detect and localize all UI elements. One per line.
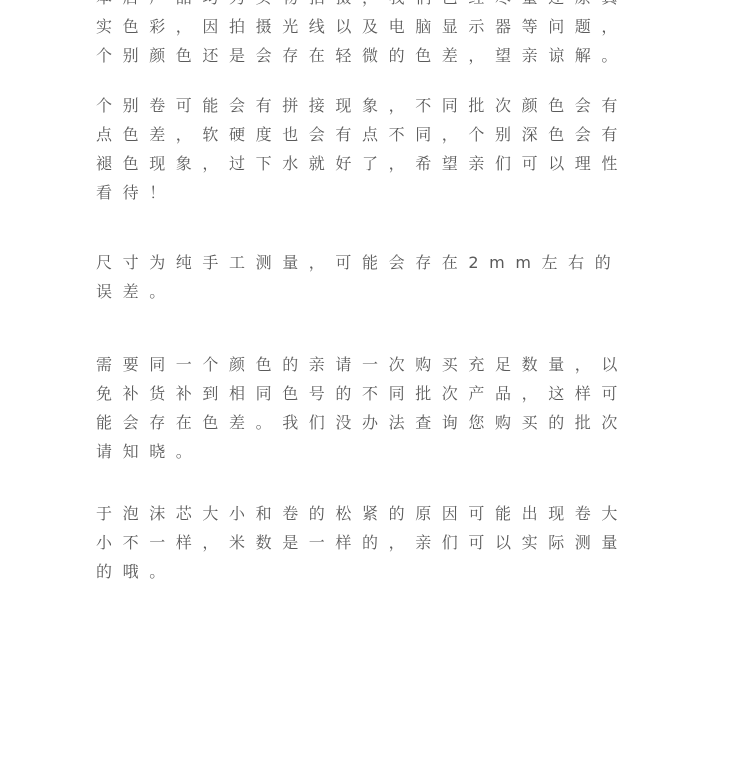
notice-color-accuracy: 本店产品均为实物拍摄，我们已经尽量还原真实色彩，因拍摄光线以及电脑显示器等问题，…: [96, 0, 636, 70]
notice-splicing-fading: 个别卷可能会有拼接现象，不同批次颜色会有点色差，软硬度也会有点不同，个别深色会有…: [96, 91, 636, 207]
notice-batch-color: 需要同一个颜色的亲请一次购买充足数量，以免补货补到相同色号的不同批次产品，这样可…: [96, 350, 636, 466]
notice-roll-size: 于泡沫芯大小和卷的松紧的原因可能出现卷大小不一样，米数是一样的，亲们可以实际测量…: [96, 499, 636, 586]
notice-size-error: 尺寸为纯手工测量，可能会存在2mm左右的误差。: [96, 248, 636, 306]
product-notice: 本店产品均为实物拍摄，我们已经尽量还原真实色彩，因拍摄光线以及电脑显示器等问题，…: [96, 0, 636, 586]
